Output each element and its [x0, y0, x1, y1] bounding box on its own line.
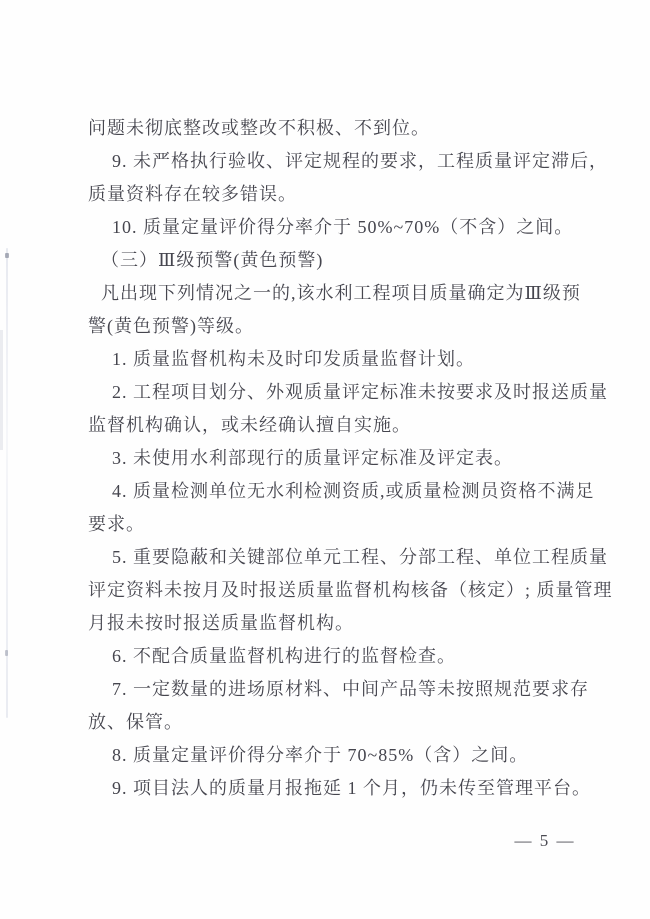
document-body: 问题未彻底整改或整改不积极、不到位。 9. 未严格执行验收、评定规程的要求，工程… [88, 112, 578, 805]
scan-artifact-speck [5, 650, 8, 656]
scan-artifact-speck [5, 253, 9, 258]
doc-line: 评定资料未按月及时报送质量监督机构核备（核定）; 质量管理 [88, 574, 578, 607]
doc-line: 9. 未严格执行验收、评定规程的要求，工程质量评定滞后， [88, 145, 578, 178]
doc-line: 2. 工程项目划分、外观质量评定标准未按要求及时报送质量 [88, 376, 578, 409]
doc-line: 放、保管。 [88, 706, 578, 739]
doc-line: 5. 重要隐蔽和关键部位单元工程、分部工程、单位工程质量 [88, 541, 578, 574]
doc-line: 10. 质量定量评价得分率介于 50%~70%（不含）之间。 [88, 211, 578, 244]
section-heading: （三）Ⅲ级预警(黄色预警) [88, 244, 578, 277]
doc-line: 监督机构确认，或未经确认擅自实施。 [88, 409, 578, 442]
doc-line: 3. 未使用水利部现行的质量评定标准及评定表。 [88, 442, 578, 475]
doc-line: 要求。 [88, 508, 578, 541]
doc-line: 月报未按时报送质量监督机构。 [88, 607, 578, 640]
page-number: — 5 — [500, 831, 590, 851]
scanned-document-page: 问题未彻底整改或整改不积极、不到位。 9. 未严格执行验收、评定规程的要求，工程… [0, 0, 650, 919]
scan-artifact-streak [6, 248, 8, 718]
doc-line: 4. 质量检测单位无水利检测资质,或质量检测员资格不满足 [88, 475, 578, 508]
doc-line: 问题未彻底整改或整改不积极、不到位。 [88, 112, 578, 145]
doc-line: 6. 不配合质量监督机构进行的监督检查。 [88, 640, 578, 673]
doc-line: 1. 质量监督机构未及时印发质量监督计划。 [88, 343, 578, 376]
doc-line: 7. 一定数量的进场原材料、中间产品等未按照规范要求存 [88, 673, 578, 706]
doc-line: 质量资料存在较多错误。 [88, 178, 578, 211]
doc-line: 凡出现下列情况之一的,该水利工程项目质量确定为Ⅲ级预 [88, 277, 578, 310]
scan-artifact-shade [0, 330, 3, 450]
doc-line: 8. 质量定量评价得分率介于 70~85%（含）之间。 [88, 739, 578, 772]
doc-line: 警(黄色预警)等级。 [88, 310, 578, 343]
doc-line: 9. 项目法人的质量月报拖延 1 个月，仍未传至管理平台。 [88, 772, 578, 805]
